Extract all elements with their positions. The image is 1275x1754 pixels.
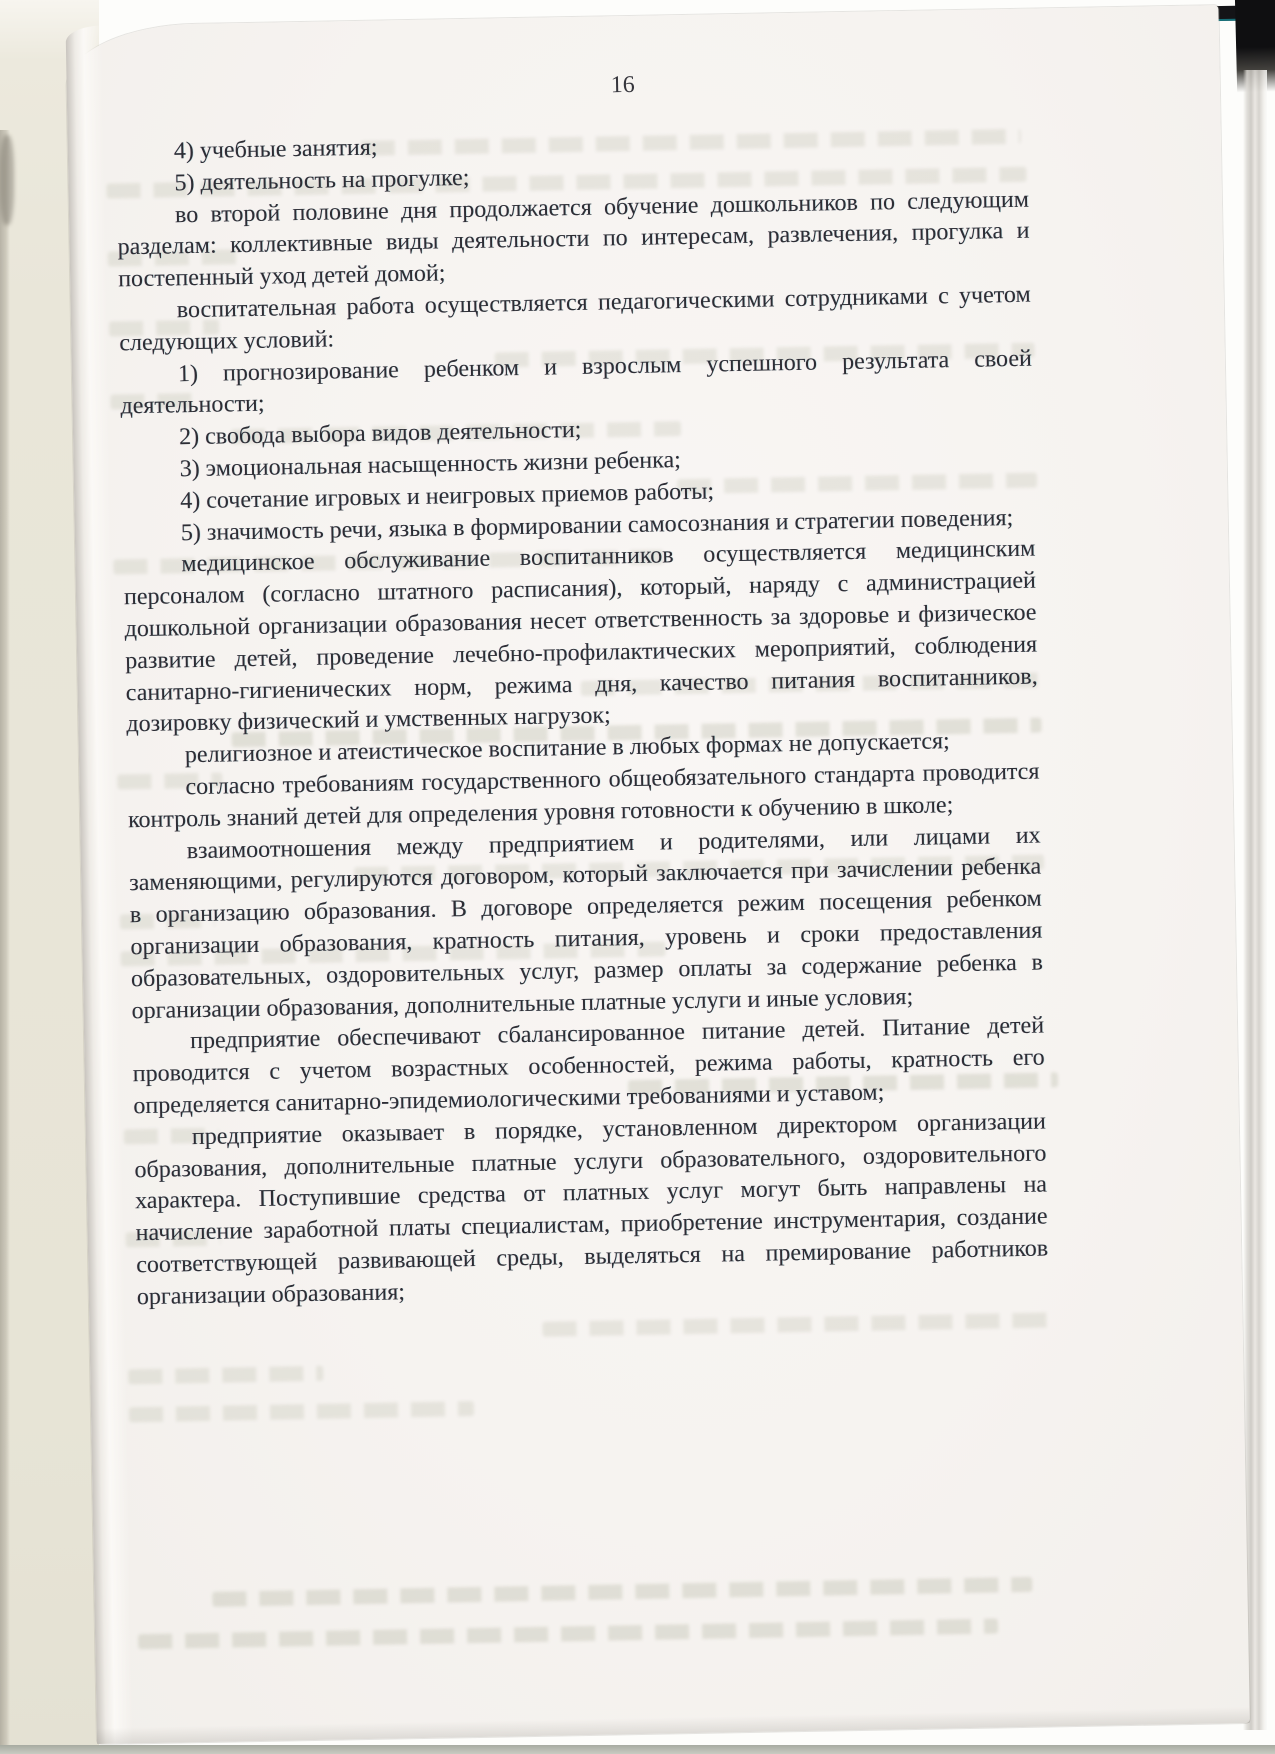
paragraph: медицинское обслуживание воспитанников о…	[123, 534, 1038, 741]
document-page: 16 4) учебные занятия;5) деятельность на…	[66, 5, 1250, 1744]
page-number: 16	[572, 71, 672, 100]
spine-smudge	[0, 135, 14, 225]
bleed-through-line	[542, 1312, 1057, 1336]
bleed-through-line	[138, 1618, 998, 1649]
bleed-through-line	[129, 1401, 474, 1422]
page-stack-edges	[1243, 70, 1267, 1730]
bleed-through-line	[128, 1366, 323, 1385]
scanned-document: 16 4) учебные занятия;5) деятельность на…	[0, 0, 1275, 1754]
book-spine-shadow	[0, 130, 10, 1754]
document-body-text: 4) учебные занятия;5) деятельность на пр…	[116, 121, 1049, 1314]
paragraph: во второй половине дня продолжается обуч…	[117, 184, 1031, 296]
scanner-bottom-edge	[0, 1745, 1275, 1754]
bleed-through-line	[212, 1577, 1032, 1607]
paragraph: предприятие обеспечивают сбалансированно…	[132, 1011, 1046, 1123]
paragraph: предприятие оказывает в порядке, установ…	[134, 1106, 1049, 1313]
paragraph: взаимоотношения между предприятием и род…	[128, 820, 1043, 1027]
